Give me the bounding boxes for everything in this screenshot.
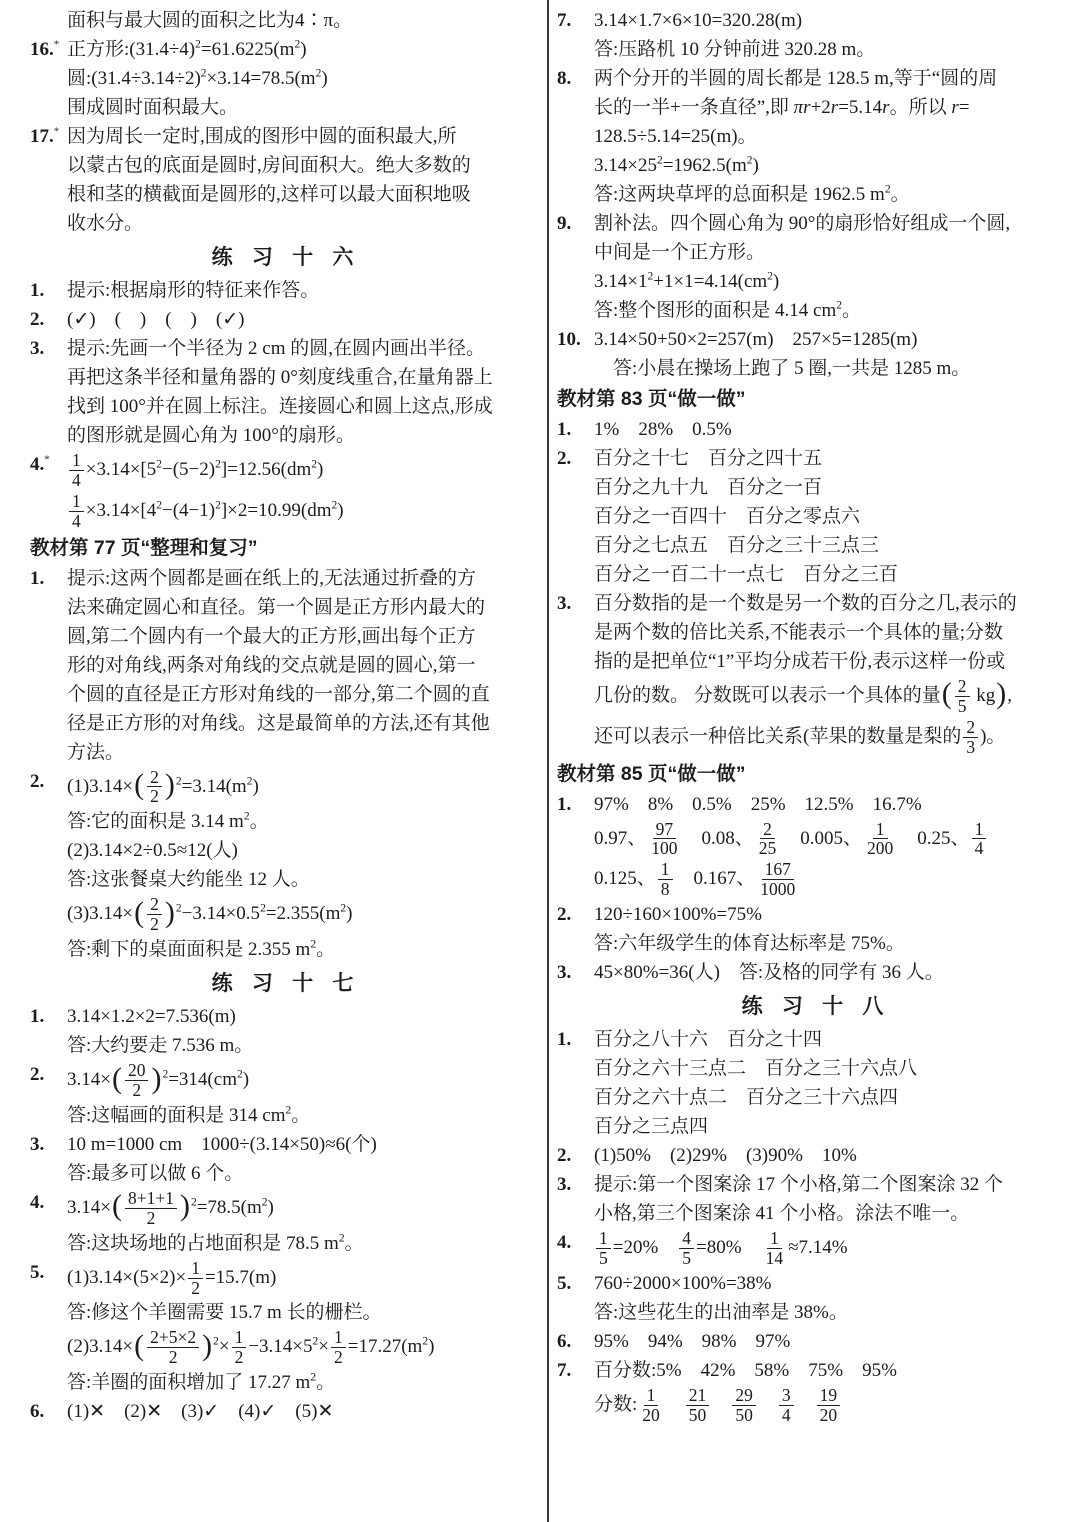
superscript: 2 bbox=[339, 1232, 345, 1244]
text-line: 0.97、97100 0.08、225 0.005、1200 0.25、14 bbox=[594, 819, 1075, 860]
fraction-denominator: 100 bbox=[648, 839, 680, 858]
fraction-numerator: 167 bbox=[762, 860, 794, 880]
superscript: 2 bbox=[260, 903, 266, 915]
fraction-numerator: 29 bbox=[732, 1386, 756, 1406]
item-number: 6. bbox=[557, 1327, 594, 1356]
item-number: 1. bbox=[30, 1002, 67, 1031]
fraction: 1671000 bbox=[757, 860, 798, 899]
answer-item: 3.45×80%=36(人) 答:及格的同学有 36 人。 bbox=[557, 958, 1075, 987]
fraction: 225 bbox=[756, 820, 780, 859]
text-line: 圆,第二个圆内有一个最大的正方形,画出每个正方 bbox=[67, 622, 542, 651]
fraction: 18 bbox=[658, 860, 673, 899]
item-body: 正方形:(31.4÷4)2=61.6225(m2)圆:(31.4÷3.14÷2)… bbox=[67, 35, 542, 122]
text-line: 97% 8% 0.5% 25% 12.5% 16.7% bbox=[594, 790, 1075, 819]
text-line: 小格,第三个图案涂 41 个小格。涂法不唯一。 bbox=[594, 1199, 1075, 1228]
superscript: 2 bbox=[191, 1196, 197, 1208]
text-line: 百分之六十点二 百分之三十六点四 bbox=[594, 1083, 1075, 1112]
fraction: 114 bbox=[763, 1229, 787, 1268]
fraction-numerator: 2 bbox=[147, 768, 162, 788]
text-line: 几份的数。 分数既可以表示一个具体的量(25 kg), bbox=[594, 676, 1075, 717]
text-line: 答:整个图形的面积是 4.14 cm2。 bbox=[594, 296, 1075, 325]
item-body: 97% 8% 0.5% 25% 12.5% 16.7%0.97、97100 0.… bbox=[594, 790, 1075, 901]
item-body: (1)✕ (2)✕ (3)✓ (4)✓ (5)✕ bbox=[67, 1397, 542, 1426]
text-line: 割补法。四个圆心角为 90°的扇形恰好组成一个圆, bbox=[594, 209, 1075, 238]
big-parenthesis: ) bbox=[164, 896, 176, 929]
text-line: 3.14×252=1962.5(m2) bbox=[594, 151, 1075, 180]
fraction-numerator: 2 bbox=[963, 718, 978, 738]
text-line: 分数:120 2150 2950 34 1920 bbox=[594, 1385, 1075, 1426]
item-body: 割补法。四个圆心角为 90°的扇形恰好组成一个圆,中间是一个正方形。3.14×1… bbox=[594, 209, 1075, 325]
text-line: 两个分开的半圆的周长都是 128.5 m,等于“圆的周 bbox=[594, 64, 1075, 93]
big-parenthesis: ( bbox=[111, 1062, 123, 1095]
text-line: 还可以表示一种倍比关系(苹果的数量是梨的23)。 bbox=[594, 717, 1075, 758]
text-line: 正方形:(31.4÷4)2=61.6225(m2) bbox=[67, 35, 542, 64]
fraction-numerator: 1 bbox=[644, 1386, 659, 1406]
text-line: 形的对角线,两条对角线的交点就是圆的圆心,第一 bbox=[67, 651, 542, 680]
fraction: 34 bbox=[779, 1386, 794, 1425]
star-marker: * bbox=[54, 126, 60, 138]
fraction-numerator: 20 bbox=[125, 1061, 149, 1081]
item-number: 4.* bbox=[30, 450, 67, 479]
star-marker: * bbox=[44, 454, 50, 466]
fraction: 97100 bbox=[648, 820, 680, 859]
item-body: 3.14×1.2×2=7.536(m)答:大约要走 7.536 m。 bbox=[67, 1002, 542, 1060]
big-parenthesis: ) bbox=[150, 1062, 162, 1095]
superscript: 2 bbox=[310, 1372, 316, 1384]
superscript: 2 bbox=[156, 499, 162, 511]
text-line: 方法。 bbox=[67, 738, 542, 767]
text-line: 答:这两块草坪的总面积是 1962.5 m2。 bbox=[594, 180, 1075, 209]
text-line: 百分之七点五 百分之三十三点三 bbox=[594, 531, 1075, 560]
item-number: 1. bbox=[557, 790, 594, 819]
text-line: 答:最多可以做 6 个。 bbox=[67, 1159, 542, 1188]
fraction-numerator: 2+5×2 bbox=[147, 1328, 199, 1348]
text-line: 答:这张餐桌大约能坐 12 人。 bbox=[67, 865, 542, 894]
superscript: 2 bbox=[195, 39, 201, 51]
superscript: 2 bbox=[294, 39, 300, 51]
fraction: 2950 bbox=[732, 1386, 756, 1425]
answer-item: 7.百分数:5% 42% 58% 75% 95%分数:120 2150 2950… bbox=[557, 1356, 1075, 1426]
text-line: 根和茎的横截面是圆形的,这样可以最大面积地吸 bbox=[67, 180, 542, 209]
item-body: (1)3.14×(5×2)×12=15.7(m)答:修这个羊圈需要 15.7 m… bbox=[67, 1258, 542, 1398]
item-body: 百分数:5% 42% 58% 75% 95%分数:120 2150 2950 3… bbox=[594, 1356, 1075, 1426]
fraction: 14 bbox=[972, 820, 987, 859]
text-line: 答:这块场地的占地面积是 78.5 m2。 bbox=[67, 1229, 542, 1258]
answer-item: 16.*正方形:(31.4÷4)2=61.6225(m2)圆:(31.4÷3.1… bbox=[30, 35, 542, 122]
text-line: (1)3.14×(22)2=3.14(m2) bbox=[67, 767, 542, 808]
item-number: 3. bbox=[557, 1170, 594, 1199]
superscript: 2 bbox=[156, 458, 162, 470]
item-body: 3.14×(202)2=314(cm2)答:这幅画的面积是 314 cm2。 bbox=[67, 1060, 542, 1130]
item-body: 百分之十七 百分之四十五百分之九十九 百分之一百百分之一百四十 百分之零点六百分… bbox=[594, 444, 1075, 589]
item-number: 7. bbox=[557, 6, 594, 35]
answer-item: 5.(1)3.14×(5×2)×12=15.7(m)答:修这个羊圈需要 15.7… bbox=[30, 1258, 542, 1398]
text-line: 3.14×1.2×2=7.536(m) bbox=[67, 1002, 542, 1031]
fraction-numerator: 2 bbox=[955, 677, 970, 697]
item-number: 10. bbox=[557, 325, 594, 354]
superscript: 2 bbox=[247, 775, 253, 787]
item-number: 16.* bbox=[30, 35, 67, 64]
fraction-denominator: 2 bbox=[331, 1348, 346, 1367]
superscript: 2 bbox=[215, 499, 221, 511]
fraction-numerator: 2 bbox=[147, 895, 162, 915]
fraction-denominator: 14 bbox=[763, 1249, 787, 1268]
fraction-denominator: 1000 bbox=[757, 880, 798, 899]
text-line: 径是正方形的对角线。这是最简单的方法,还有其他 bbox=[67, 709, 542, 738]
exercise-heading: 练 习 十 八 bbox=[557, 989, 1075, 1023]
answer-item: 6.95% 94% 98% 97% bbox=[557, 1327, 1075, 1356]
fraction-numerator: 1 bbox=[596, 1229, 611, 1249]
fraction-denominator: 2 bbox=[129, 1081, 144, 1100]
answer-item: 3.提示:先画一个半径为 2 cm 的圆,在圆内画出半径。再把这条半径和量角器的… bbox=[30, 334, 542, 450]
item-body: 提示:先画一个半径为 2 cm 的圆,在圆内画出半径。再把这条半径和量角器的 0… bbox=[67, 334, 542, 450]
item-body: (✓) ( ) ( ) (✓) bbox=[67, 305, 542, 334]
item-body: 因为周长一定时,围成的图形中圆的面积最大,所以蒙古包的底面是圆时,房间面积大。绝… bbox=[67, 122, 542, 238]
text-line: 答:修这个羊圈需要 15.7 m 长的栅栏。 bbox=[67, 1298, 542, 1327]
text-line: 1% 28% 0.5% bbox=[594, 415, 1075, 444]
item-body: 15=20% 45=80% 114≈7.14% bbox=[594, 1228, 1075, 1269]
text-line: 百分之一百二十一点七 百分之三百 bbox=[594, 560, 1075, 589]
text-line: 提示:这两个圆都是画在纸上的,无法通过折叠的方 bbox=[67, 564, 542, 593]
fraction-denominator: 8 bbox=[658, 880, 673, 899]
fraction-denominator: 5 bbox=[955, 697, 970, 716]
fraction-denominator: 20 bbox=[639, 1406, 663, 1425]
text-line: 法来确定圆心和直径。第一个圆是正方形内最大的 bbox=[67, 593, 542, 622]
text-line: 3.14×12+1×1=4.14(cm2) bbox=[594, 267, 1075, 296]
answer-item: 2.(1)50% (2)29% (3)90% 10% bbox=[557, 1141, 1075, 1170]
item-number: 4. bbox=[557, 1228, 594, 1257]
italic-variable: r bbox=[831, 97, 838, 118]
fraction-denominator: 25 bbox=[756, 839, 780, 858]
answer-item: 4.15=20% 45=80% 114≈7.14% bbox=[557, 1228, 1075, 1269]
superscript: 2 bbox=[213, 1336, 219, 1348]
item-body: (1)50% (2)29% (3)90% 10% bbox=[594, 1141, 1075, 1170]
column-left: 面积与最大圆的面积之比为4∶π。16.*正方形:(31.4÷4)2=61.622… bbox=[30, 6, 542, 1426]
fraction-numerator: 1 bbox=[767, 1229, 782, 1249]
fraction-numerator: 3 bbox=[779, 1386, 794, 1406]
fraction: 120 bbox=[639, 1386, 663, 1425]
fraction: 22 bbox=[147, 768, 162, 807]
item-number: 2. bbox=[30, 1060, 67, 1089]
item-number: 4. bbox=[30, 1188, 67, 1217]
superscript: 2 bbox=[422, 1336, 428, 1348]
superscript: 2 bbox=[244, 811, 250, 823]
text-line: 百分之三点四 bbox=[594, 1112, 1075, 1141]
text-line: 14×3.14×[42−(4−1)2]×2=10.99(dm2) bbox=[67, 491, 542, 532]
text-line: (3)3.14×(22)2−3.14×0.52=2.355(m2) bbox=[67, 894, 542, 935]
answer-book-page: 面积与最大圆的面积之比为4∶π。16.*正方形:(31.4÷4)2=61.622… bbox=[0, 0, 1080, 1522]
superscript: 2 bbox=[310, 939, 316, 951]
text-line: 百分之十七 百分之四十五 bbox=[594, 444, 1075, 473]
fraction-numerator: 1 bbox=[873, 820, 888, 840]
fraction-denominator: 2 bbox=[147, 915, 162, 934]
text-line: 再把这条半径和量角器的 0°刻度线重合,在量角器上 bbox=[67, 363, 542, 392]
star-marker: * bbox=[54, 39, 60, 51]
fraction: 15 bbox=[596, 1229, 611, 1268]
answer-item: 1.1% 28% 0.5% bbox=[557, 415, 1075, 444]
text-line: 百分数指的是一个数是另一个数的百分之几,表示的 bbox=[594, 589, 1075, 618]
answer-item: 面积与最大圆的面积之比为4∶π。 bbox=[30, 6, 542, 35]
fraction: 14 bbox=[69, 492, 84, 531]
text-line: 128.5÷5.14=25(m)。 bbox=[594, 122, 1075, 151]
item-number: 5. bbox=[30, 1258, 67, 1287]
answer-item: 2.3.14×(202)2=314(cm2)答:这幅画的面积是 314 cm2。 bbox=[30, 1060, 542, 1130]
fraction: 202 bbox=[125, 1061, 149, 1100]
answer-item: 3.提示:第一个图案涂 17 个小格,第二个图案涂 32 个小格,第三个图案涂 … bbox=[557, 1170, 1075, 1228]
text-line: 3.14×1.7×6×10=320.28(m) bbox=[594, 6, 1075, 35]
italic-variable: r bbox=[951, 97, 958, 118]
text-line: 个圆的直径是正方形对角线的一部分,第二个圆的直 bbox=[67, 680, 542, 709]
item-body: 提示:第一个图案涂 17 个小格,第二个图案涂 32 个小格,第三个图案涂 41… bbox=[594, 1170, 1075, 1228]
answer-item: 3.10 m=1000 cm 1000÷(3.14×50)≈6(个)答:最多可以… bbox=[30, 1130, 542, 1188]
fraction-denominator: 2 bbox=[188, 1279, 203, 1298]
superscript: 2 bbox=[836, 300, 842, 312]
big-parenthesis: ( bbox=[941, 677, 953, 710]
answer-item: 4.3.14×(8+1+12)2=78.5(m2)答:这块场地的占地面积是 78… bbox=[30, 1188, 542, 1258]
text-line: (1)3.14×(5×2)×12=15.7(m) bbox=[67, 1258, 542, 1299]
fraction-numerator: 1 bbox=[69, 492, 84, 512]
answer-item: 2.百分之十七 百分之四十五百分之九十九 百分之一百百分之一百四十 百分之零点六… bbox=[557, 444, 1075, 589]
fraction-numerator: 19 bbox=[817, 1386, 841, 1406]
item-number: 3. bbox=[557, 958, 594, 987]
fraction-denominator: 3 bbox=[963, 738, 978, 757]
answer-item: 2.120÷160×100%=75%答:六年级学生的体育达标率是 75%。 bbox=[557, 900, 1075, 958]
answer-item: 5.760÷2000×100%=38%答:这些花生的出油率是 38%。 bbox=[557, 1269, 1075, 1327]
fraction-denominator: 2 bbox=[144, 1209, 159, 1228]
text-line: (1)✕ (2)✕ (3)✓ (4)✓ (5)✕ bbox=[67, 1397, 542, 1426]
fraction-denominator: 4 bbox=[69, 512, 84, 531]
answer-item: 3.百分数指的是一个数是另一个数的百分之几,表示的是两个数的倍比关系,不能表示一… bbox=[557, 589, 1075, 758]
text-line: 3.14×(8+1+12)2=78.5(m2) bbox=[67, 1188, 542, 1229]
text-line: 百分之八十六 百分之十四 bbox=[594, 1025, 1075, 1054]
item-body: 3.14×50+50×2=257(m) 257×5=1285(m) 答:小晨在操… bbox=[594, 325, 1075, 383]
item-body: 面积与最大圆的面积之比为4∶π。 bbox=[67, 6, 542, 35]
fraction: 22 bbox=[147, 895, 162, 934]
big-parenthesis: ) bbox=[164, 768, 176, 801]
fraction: 12 bbox=[232, 1328, 247, 1367]
item-number: 1. bbox=[557, 1025, 594, 1054]
superscript: 2 bbox=[331, 499, 337, 511]
text-line: 因为周长一定时,围成的图形中圆的面积最大,所 bbox=[67, 122, 542, 151]
fraction-numerator: 97 bbox=[653, 820, 677, 840]
fraction-numerator: 8+1+1 bbox=[125, 1189, 177, 1209]
fraction-denominator: 50 bbox=[732, 1406, 756, 1425]
text-line: 圆:(31.4÷3.14÷2)2×3.14=78.5(m2) bbox=[67, 64, 542, 93]
answer-item: 4.*14×3.14×[52−(5−2)2]=12.56(dm2)14×3.14… bbox=[30, 450, 542, 532]
text-line: 以蒙古包的底面是圆时,房间面积大。绝大多数的 bbox=[67, 151, 542, 180]
item-number: 3. bbox=[557, 589, 594, 618]
text-line: (2)3.14×2÷0.5≈12(人) bbox=[67, 836, 542, 865]
fraction: 12 bbox=[188, 1259, 203, 1298]
text-line: 答:羊圈的面积增加了 17.27 m2。 bbox=[67, 1368, 542, 1397]
text-line: 答:它的面积是 3.14 m2。 bbox=[67, 807, 542, 836]
item-number: 2. bbox=[557, 900, 594, 929]
text-line: 答:大约要走 7.536 m。 bbox=[67, 1031, 542, 1060]
text-line: 15=20% 45=80% 114≈7.14% bbox=[594, 1228, 1075, 1269]
fraction: 2+5×22 bbox=[147, 1328, 199, 1367]
superscript: 2 bbox=[162, 1069, 168, 1081]
column-divider-rule bbox=[547, 0, 549, 1522]
fraction-numerator: 21 bbox=[686, 1386, 710, 1406]
fraction-denominator: 50 bbox=[686, 1406, 710, 1425]
text-line: 找到 100°并在圆上标注。连接圆心和圆上这点,形成 bbox=[67, 392, 542, 421]
exercise-heading: 练 习 十 七 bbox=[30, 966, 542, 1000]
textbook-page-heading: 教材第 85 页“做一做” bbox=[557, 758, 1075, 790]
item-body: 两个分开的半圆的周长都是 128.5 m,等于“圆的周长的一半+一条直径”,即 … bbox=[594, 64, 1075, 209]
fraction: 2150 bbox=[686, 1386, 710, 1425]
text-line: 提示:第一个图案涂 17 个小格,第二个图案涂 32 个 bbox=[594, 1170, 1075, 1199]
item-body: 120÷160×100%=75%答:六年级学生的体育达标率是 75%。 bbox=[594, 900, 1075, 958]
text-line: 中间是一个正方形。 bbox=[594, 238, 1075, 267]
answer-item: 10.3.14×50+50×2=257(m) 257×5=1285(m) 答:小… bbox=[557, 325, 1075, 383]
answer-item: 2.(1)3.14×(22)2=3.14(m2)答:它的面积是 3.14 m2。… bbox=[30, 767, 542, 965]
text-line: 答:这幅画的面积是 314 cm2。 bbox=[67, 1101, 542, 1130]
text-line: 答:压路机 10 分钟前进 320.28 m。 bbox=[594, 35, 1075, 64]
fraction-numerator: 1 bbox=[658, 860, 673, 880]
item-number: 6. bbox=[30, 1397, 67, 1426]
exercise-heading: 练 习 十 六 bbox=[30, 240, 542, 274]
big-parenthesis: ) bbox=[201, 1329, 213, 1362]
text-line: 45×80%=36(人) 答:及格的同学有 36 人。 bbox=[594, 958, 1075, 987]
superscript: 2 bbox=[747, 155, 753, 167]
fraction: 45 bbox=[679, 1229, 694, 1268]
text-line: 百分之六十三点二 百分之三十六点八 bbox=[594, 1054, 1075, 1083]
text-line: 3.14×(202)2=314(cm2) bbox=[67, 1060, 542, 1101]
superscript: 2 bbox=[311, 458, 317, 470]
answer-item: 1.百分之八十六 百分之十四百分之六十三点二 百分之三十六点八百分之六十点二 百… bbox=[557, 1025, 1075, 1141]
fraction: 12 bbox=[331, 1328, 346, 1367]
fraction-denominator: 4 bbox=[779, 1406, 794, 1425]
superscript: 2 bbox=[316, 68, 322, 80]
fraction: 8+1+12 bbox=[125, 1189, 177, 1228]
superscript: 2 bbox=[262, 1196, 268, 1208]
answer-item: 8.两个分开的半圆的周长都是 128.5 m,等于“圆的周长的一半+一条直径”,… bbox=[557, 64, 1075, 209]
superscript: 2 bbox=[176, 775, 182, 787]
fraction-numerator: 1 bbox=[232, 1328, 247, 1348]
fraction-numerator: 1 bbox=[69, 451, 84, 471]
text-line: 120÷160×100%=75% bbox=[594, 900, 1075, 929]
fraction-denominator: 2 bbox=[232, 1348, 247, 1367]
item-number: 3. bbox=[30, 334, 67, 363]
item-number: 2. bbox=[30, 305, 67, 334]
big-parenthesis: ( bbox=[133, 896, 145, 929]
textbook-page-heading: 教材第 77 页“整理和复习” bbox=[30, 532, 542, 564]
superscript: 2 bbox=[885, 184, 891, 196]
item-body: 10 m=1000 cm 1000÷(3.14×50)≈6(个)答:最多可以做 … bbox=[67, 1130, 542, 1188]
superscript: 2 bbox=[767, 271, 773, 283]
fraction-numerator: 1 bbox=[188, 1259, 203, 1279]
italic-variable: r bbox=[882, 97, 889, 118]
item-number: 8. bbox=[557, 64, 594, 93]
text-line: 答:小晨在操场上跑了 5 圈,一共是 1285 m。 bbox=[594, 354, 1075, 383]
item-number: 1. bbox=[30, 276, 67, 305]
superscript: 2 bbox=[201, 68, 207, 80]
text-line: 提示:根据扇形的特征来作答。 bbox=[67, 276, 542, 305]
fraction-numerator: 4 bbox=[679, 1229, 694, 1249]
item-body: 百分数指的是一个数是另一个数的百分之几,表示的是两个数的倍比关系,不能表示一个具… bbox=[594, 589, 1075, 758]
text-line: 14×3.14×[52−(5−2)2]=12.56(dm2) bbox=[67, 450, 542, 491]
text-line: (✓) ( ) ( ) (✓) bbox=[67, 305, 542, 334]
item-body: 95% 94% 98% 97% bbox=[594, 1327, 1075, 1356]
item-body: 提示:根据扇形的特征来作答。 bbox=[67, 276, 542, 305]
text-line: 百分之九十九 百分之一百 bbox=[594, 473, 1075, 502]
text-line: 答:这些花生的出油率是 38%。 bbox=[594, 1298, 1075, 1327]
fraction: 1200 bbox=[864, 820, 896, 859]
text-line: 提示:先画一个半径为 2 cm 的圆,在圆内画出半径。 bbox=[67, 334, 542, 363]
text-line: 答:六年级学生的体育达标率是 75%。 bbox=[594, 929, 1075, 958]
text-line: 95% 94% 98% 97% bbox=[594, 1327, 1075, 1356]
big-parenthesis: ) bbox=[995, 677, 1007, 710]
fraction-denominator: 5 bbox=[596, 1249, 611, 1268]
text-line: 百分之一百四十 百分之零点六 bbox=[594, 502, 1075, 531]
item-body: 1% 28% 0.5% bbox=[594, 415, 1075, 444]
fraction-denominator: 2 bbox=[147, 787, 162, 806]
column-right: 7.3.14×1.7×6×10=320.28(m)答:压路机 10 分钟前进 3… bbox=[557, 6, 1075, 1426]
big-parenthesis: ( bbox=[111, 1189, 123, 1222]
text-line: 围成圆时面积最大。 bbox=[67, 93, 542, 122]
answer-item: 7.3.14×1.7×6×10=320.28(m)答:压路机 10 分钟前进 3… bbox=[557, 6, 1075, 64]
text-line: 面积与最大圆的面积之比为4∶π。 bbox=[67, 6, 542, 35]
item-body: 14×3.14×[52−(5−2)2]=12.56(dm2)14×3.14×[4… bbox=[67, 450, 542, 532]
item-body: 760÷2000×100%=38%答:这些花生的出油率是 38%。 bbox=[594, 1269, 1075, 1327]
item-number: 2. bbox=[557, 1141, 594, 1170]
item-body: 百分之八十六 百分之十四百分之六十三点二 百分之三十六点八百分之六十点二 百分之… bbox=[594, 1025, 1075, 1141]
item-body: 提示:这两个圆都是画在纸上的,无法通过折叠的方法来确定圆心和直径。第一个圆是正方… bbox=[67, 564, 542, 767]
superscript: 2 bbox=[215, 458, 221, 470]
item-body: (1)3.14×(22)2=3.14(m2)答:它的面积是 3.14 m2。(2… bbox=[67, 767, 542, 965]
item-number: 1. bbox=[557, 415, 594, 444]
text-line: 10 m=1000 cm 1000÷(3.14×50)≈6(个) bbox=[67, 1130, 542, 1159]
fraction-denominator: 4 bbox=[69, 471, 84, 490]
fraction-denominator: 4 bbox=[972, 839, 987, 858]
item-number: 17.* bbox=[30, 122, 67, 151]
item-number: 2. bbox=[30, 767, 67, 796]
item-number: 7. bbox=[557, 1356, 594, 1385]
fraction-numerator: 1 bbox=[331, 1328, 346, 1348]
superscript: 2 bbox=[647, 271, 653, 283]
big-parenthesis: ( bbox=[133, 768, 145, 801]
item-body: 45×80%=36(人) 答:及格的同学有 36 人。 bbox=[594, 958, 1075, 987]
text-line: 760÷2000×100%=38% bbox=[594, 1269, 1075, 1298]
text-line: 3.14×50+50×2=257(m) 257×5=1285(m) bbox=[594, 325, 1075, 354]
item-body: 3.14×(8+1+12)2=78.5(m2)答:这块场地的占地面积是 78.5… bbox=[67, 1188, 542, 1258]
answer-item: 6.(1)✕ (2)✕ (3)✓ (4)✓ (5)✕ bbox=[30, 1397, 542, 1426]
item-number: 9. bbox=[557, 209, 594, 238]
fraction-denominator: 2 bbox=[166, 1348, 181, 1367]
superscript: 2 bbox=[176, 903, 182, 915]
fraction-denominator: 200 bbox=[864, 839, 896, 858]
text-line: 答:剩下的桌面面积是 2.355 m2。 bbox=[67, 935, 542, 964]
answer-item: 1.3.14×1.2×2=7.536(m)答:大约要走 7.536 m。 bbox=[30, 1002, 542, 1060]
text-line: 百分数:5% 42% 58% 75% 95% bbox=[594, 1356, 1075, 1385]
superscript: 2 bbox=[286, 1105, 292, 1117]
italic-variable: πr bbox=[794, 97, 811, 118]
answer-item: 1.97% 8% 0.5% 25% 12.5% 16.7%0.97、97100 … bbox=[557, 790, 1075, 901]
fraction: 25 bbox=[955, 677, 970, 716]
item-number: 1. bbox=[30, 564, 67, 593]
superscript: 2 bbox=[237, 1069, 243, 1081]
fraction-numerator: 1 bbox=[972, 820, 987, 840]
fraction: 1920 bbox=[817, 1386, 841, 1425]
answer-item: 9.割补法。四个圆心角为 90°的扇形恰好组成一个圆,中间是一个正方形。3.14… bbox=[557, 209, 1075, 325]
fraction: 23 bbox=[963, 718, 978, 757]
answer-item: 17.*因为周长一定时,围成的图形中圆的面积最大,所以蒙古包的底面是圆时,房间面… bbox=[30, 122, 542, 238]
text-line: 收水分。 bbox=[67, 209, 542, 238]
text-line: (1)50% (2)29% (3)90% 10% bbox=[594, 1141, 1075, 1170]
fraction: 14 bbox=[69, 451, 84, 490]
answer-item: 1.提示:这两个圆都是画在纸上的,无法通过折叠的方法来确定圆心和直径。第一个圆是… bbox=[30, 564, 542, 767]
text-line: (2)3.14×(2+5×22)2×12−3.14×52×12=17.27(m2… bbox=[67, 1327, 542, 1368]
